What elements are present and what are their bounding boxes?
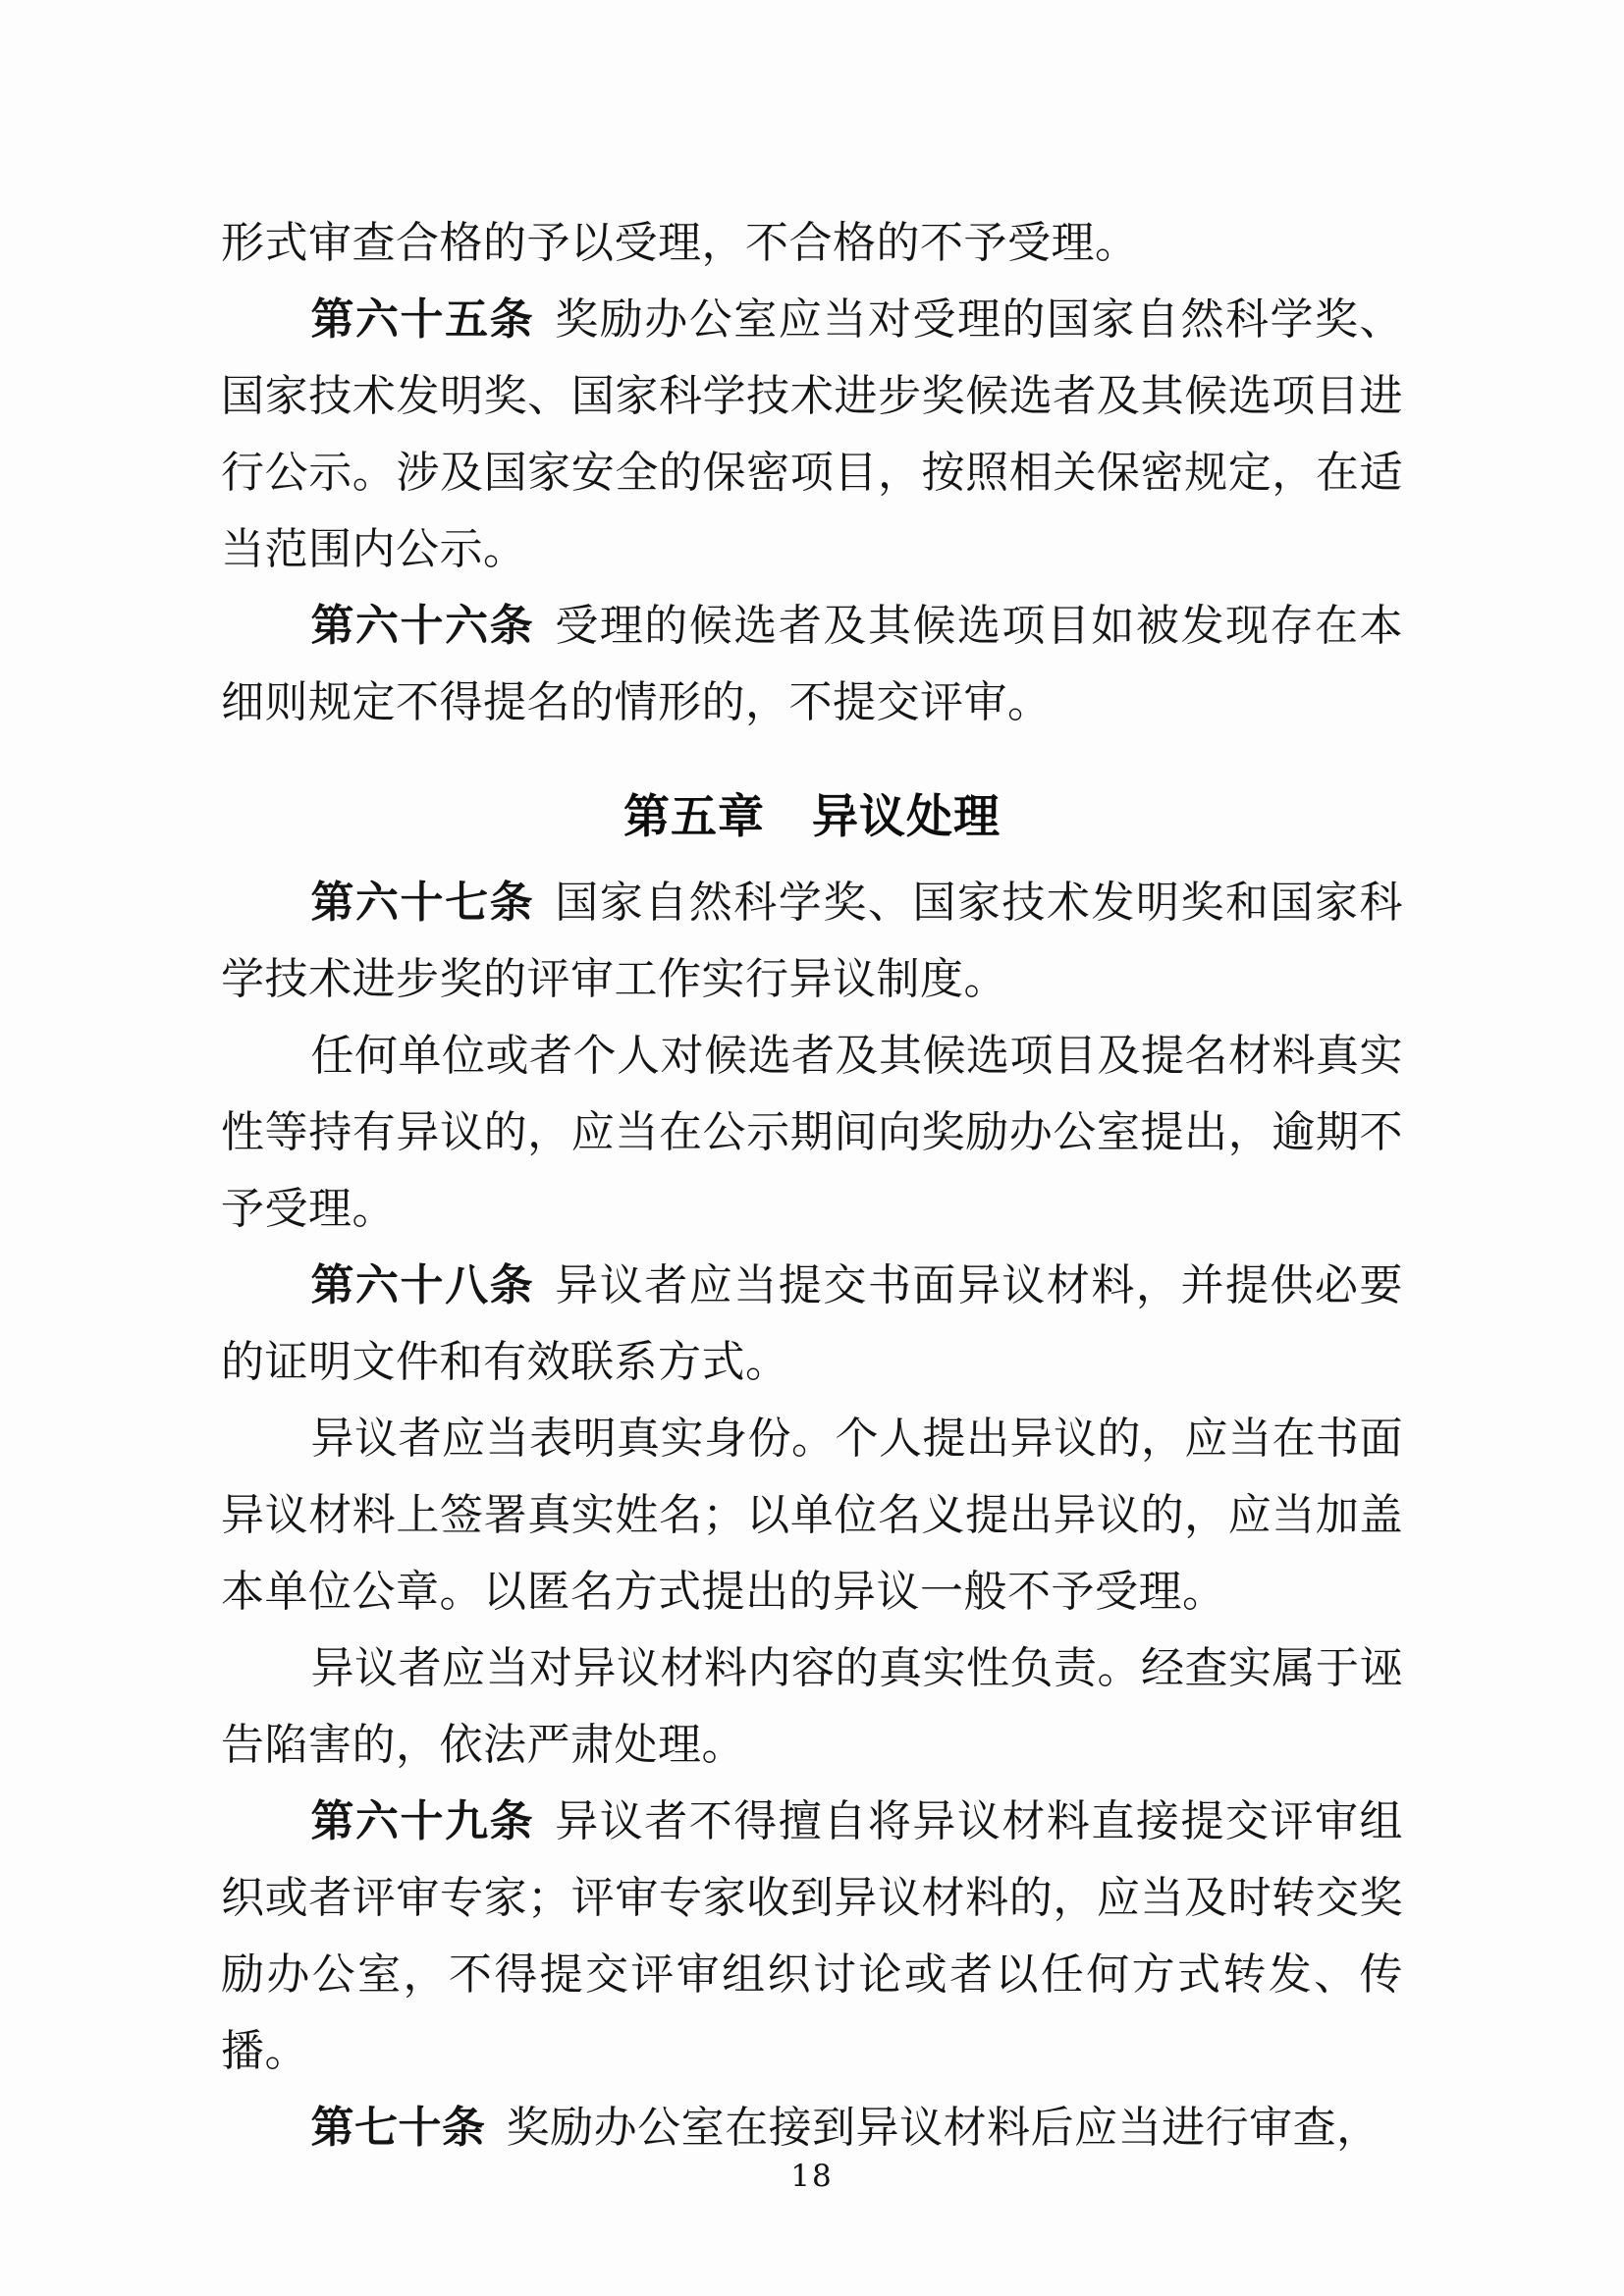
article-number: 第六十七条 bbox=[311, 878, 535, 928]
paragraph-text: 异议者应当表明真实身份。个人提出异议的，应当在书面异议材料上签署真实姓名；以单位… bbox=[221, 1414, 1403, 1617]
body-paragraph: 形式审查合格的予以受理，不合格的不予受理。 bbox=[221, 205, 1403, 282]
article-number: 第六十八条 bbox=[311, 1260, 535, 1310]
article-number: 第六十六条 bbox=[311, 601, 535, 651]
article-number: 第七十条 bbox=[311, 2103, 486, 2153]
article-paragraph: 第六十八条异议者应当提交书面异议材料，并提供必要的证明文件和有效联系方式。 bbox=[221, 1248, 1403, 1401]
chapter-heading: 第五章 异议处理 bbox=[221, 779, 1403, 856]
body-paragraph: 任何单位或者个人对候选者及其候选项目及提名材料真实性等持有异议的，应当在公示期间… bbox=[221, 1018, 1403, 1248]
paragraph-text: 任何单位或者个人对候选者及其候选项目及提名材料真实性等持有异议的，应当在公示期间… bbox=[221, 1031, 1403, 1234]
paragraph-text: 异议者应当对异议材料内容的真实性负责。经查实属于诬告陷害的，依法严肃处理。 bbox=[221, 1643, 1403, 1770]
article-paragraph: 第六十七条国家自然科学奖、国家技术发明奖和国家科学技术进步奖的评审工作实行异议制… bbox=[221, 865, 1403, 1018]
article-number: 第六十九条 bbox=[311, 1796, 535, 1846]
paragraph-text: 奖励办公室在接到异议材料后应当进行审查， bbox=[507, 2103, 1380, 2153]
body-paragraph: 异议者应当表明真实身份。个人提出异议的，应当在书面异议材料上签署真实姓名；以单位… bbox=[221, 1401, 1403, 1630]
article-paragraph: 第六十六条受理的候选者及其候选项目如被发现存在本细则规定不得提名的情形的，不提交… bbox=[221, 588, 1403, 741]
body-paragraph: 异议者应当对异议材料内容的真实性负责。经查实属于诬告陷害的，依法严肃处理。 bbox=[221, 1630, 1403, 1784]
page-number: 18 bbox=[790, 2159, 833, 2194]
document-body: 形式审查合格的予以受理，不合格的不予受理。第六十五条奖励办公室应当对受理的国家自… bbox=[221, 205, 1403, 2166]
paragraph-text: 形式审查合格的予以受理，不合格的不予受理。 bbox=[221, 218, 1139, 268]
page-footer: 18 bbox=[0, 2156, 1624, 2197]
article-number: 第六十五条 bbox=[311, 294, 535, 345]
article-paragraph: 第六十五条奖励办公室应当对受理的国家自然科学奖、国家技术发明奖、国家科学技术进步… bbox=[221, 282, 1403, 588]
article-paragraph: 第六十九条异议者不得擅自将异议材料直接提交评审组织或者评审专家；评审专家收到异议… bbox=[221, 1784, 1403, 2090]
document-page: 形式审查合格的予以受理，不合格的不予受理。第六十五条奖励办公室应当对受理的国家自… bbox=[0, 0, 1624, 2296]
